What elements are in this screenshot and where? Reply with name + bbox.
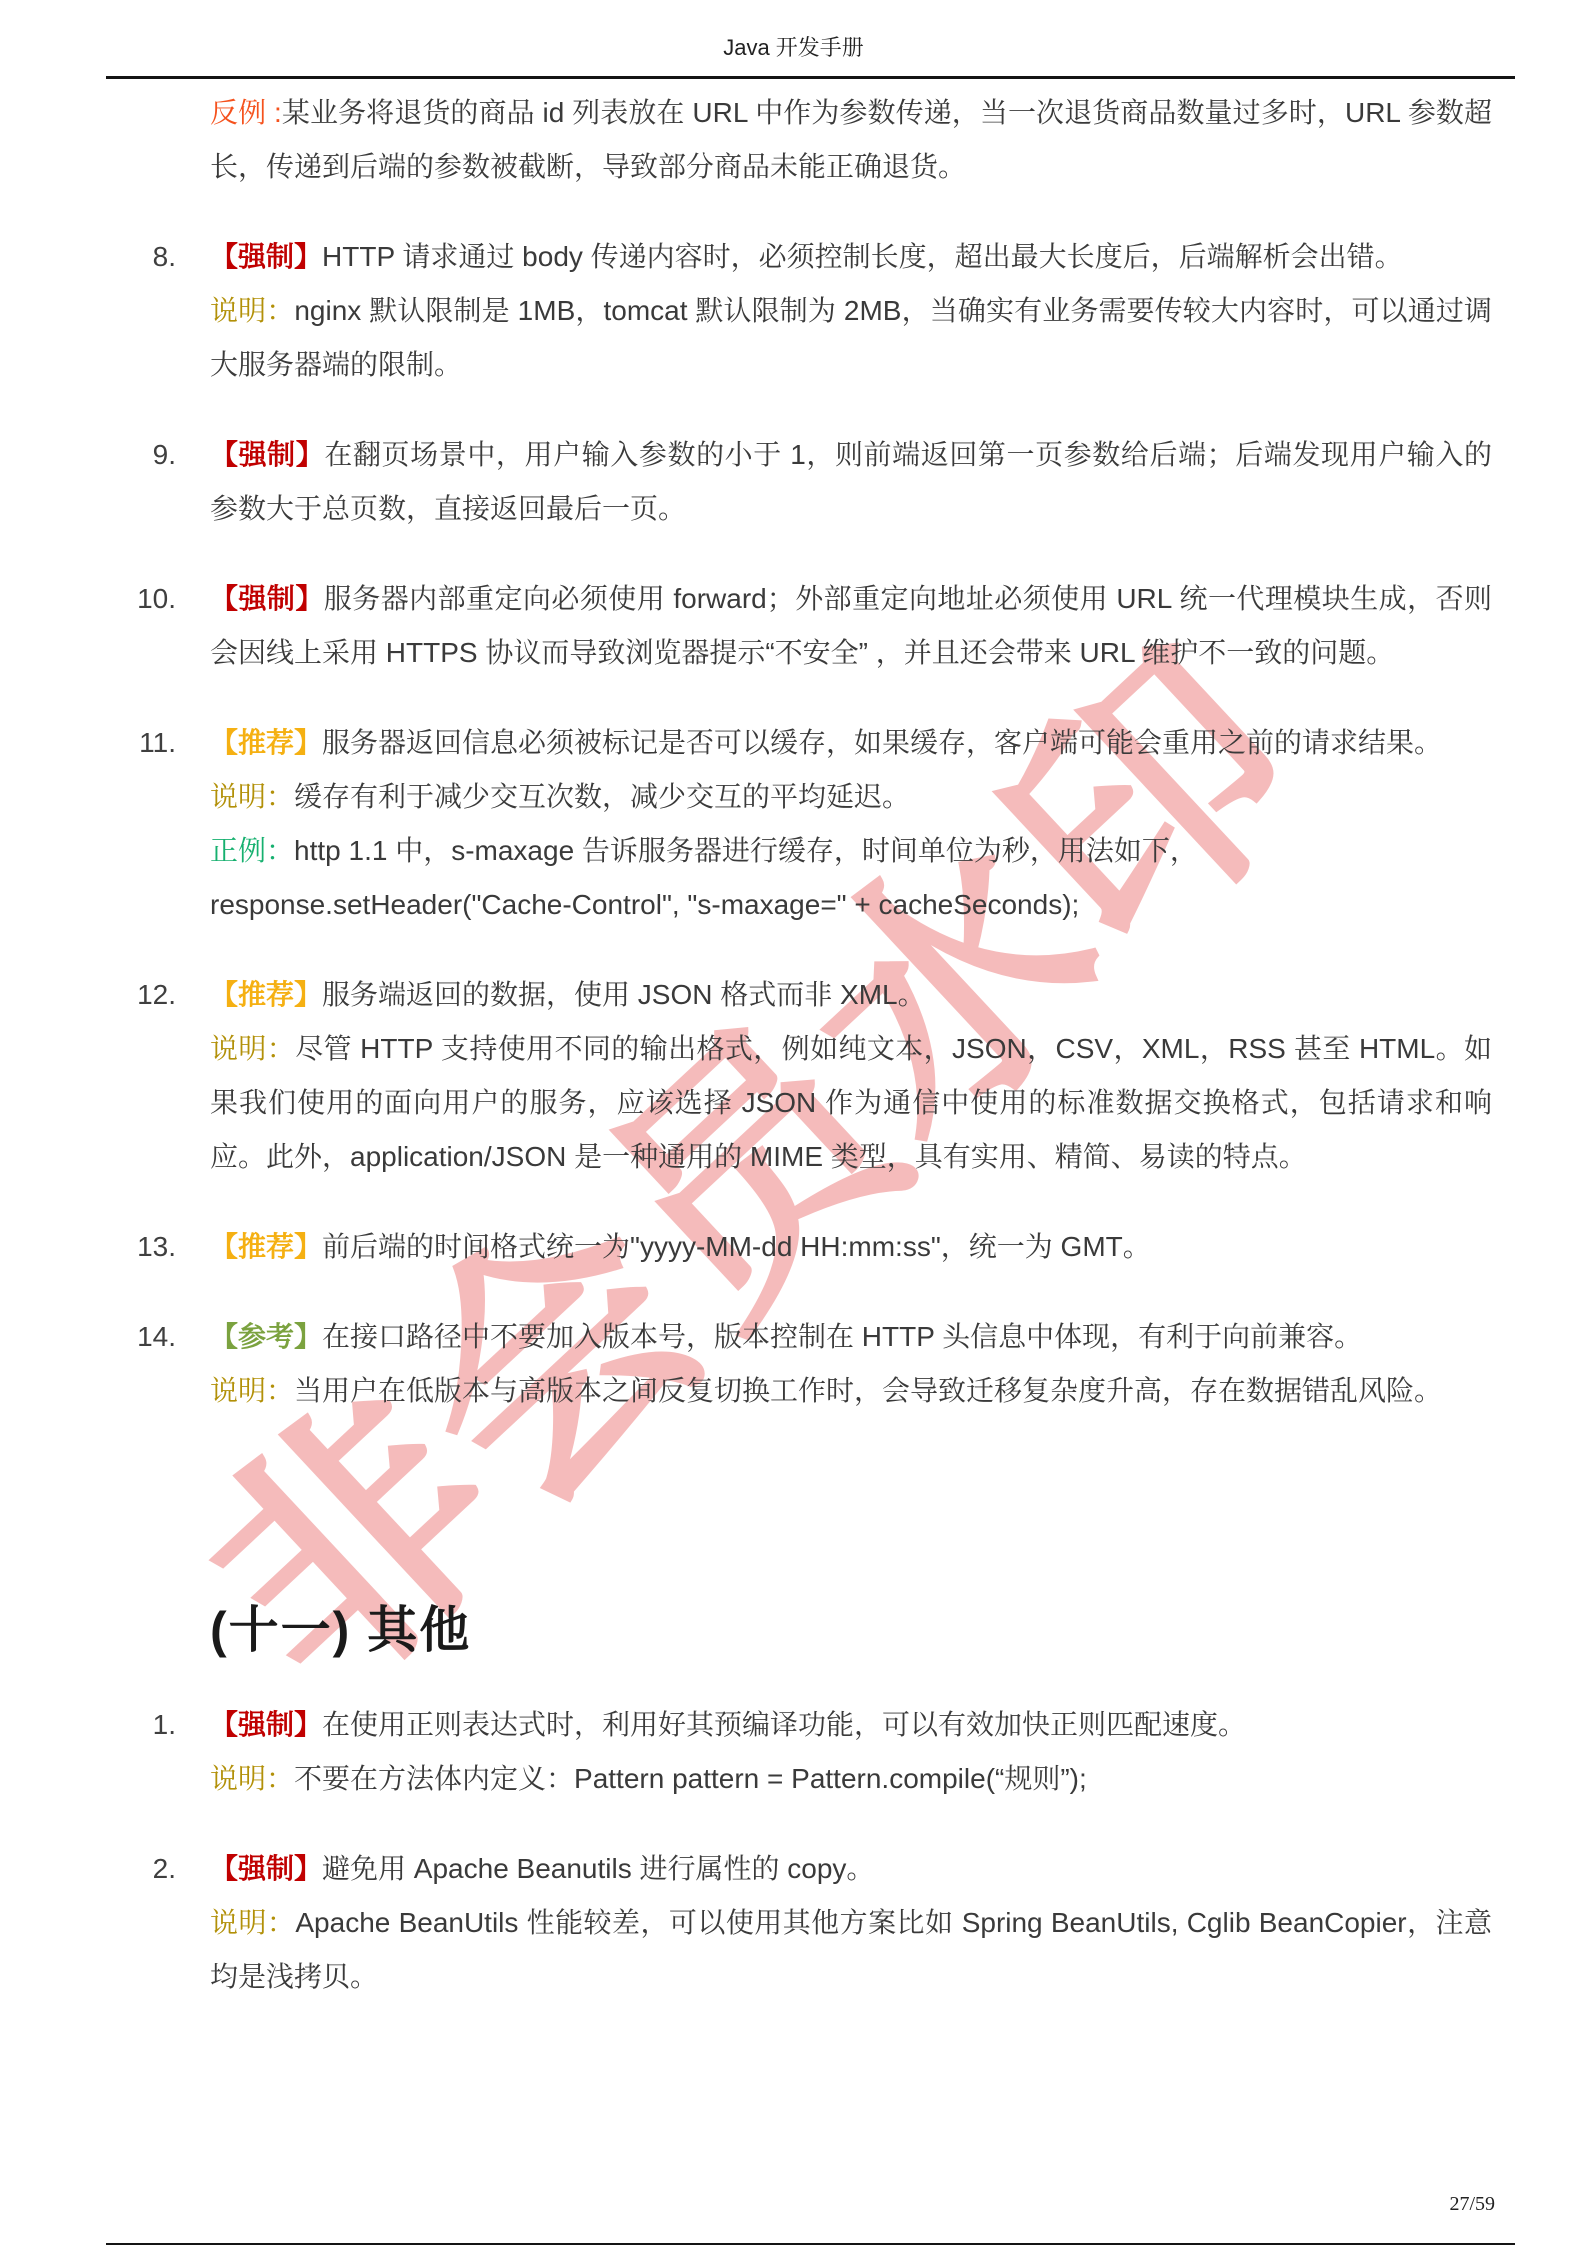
- counter-example-label: 反例 :: [210, 97, 282, 128]
- paragraph: 说明：Apache BeanUtils 性能较差，可以使用其他方案比如 Spri…: [210, 1896, 1492, 2004]
- paragraph: 说明：当用户在低版本与高版本之间反复切换工作时，会导致迁移复杂度升高，存在数据错…: [210, 1364, 1492, 1418]
- document-page: 非会员水印 Java 开发手册 反例 :某业务将退货的商品 id 列表放在 UR…: [0, 0, 1587, 2245]
- text-run: nginx 默认限制是 1MB，tomcat 默认限制为 2MB，当确实有业务需…: [210, 295, 1492, 380]
- page-number: 27/59: [1449, 2193, 1495, 2216]
- list-item: 9.【强制】在翻页场景中，用户输入参数的小于 1，则前端返回第一页参数给后端；后…: [210, 428, 1492, 536]
- text-run: 服务端返回的数据，使用 JSON 格式而非 XML。: [322, 979, 926, 1010]
- content-blocks: 反例 :某业务将退货的商品 id 列表放在 URL 中作为参数传递，当一次退货商…: [210, 86, 1492, 2004]
- severity-marker-mandatory: 【强制】: [210, 583, 324, 614]
- list-item: 12.【推荐】服务端返回的数据，使用 JSON 格式而非 XML。: [210, 968, 1492, 1022]
- item-number: 13.: [126, 1220, 176, 1274]
- severity-marker-mandatory: 【强制】: [210, 439, 324, 470]
- paragraph: 反例 :某业务将退货的商品 id 列表放在 URL 中作为参数传递，当一次退货商…: [210, 86, 1492, 194]
- item-number: 12.: [126, 968, 176, 1022]
- item-number: 11.: [126, 716, 176, 770]
- text-run: 在使用正则表达式时，利用好其预编译功能，可以有效加快正则匹配速度。: [322, 1709, 1246, 1740]
- list-item: 10.【强制】服务器内部重定向必须使用 forward；外部重定向地址必须使用 …: [210, 572, 1492, 680]
- text-run: 某业务将退货的商品 id 列表放在 URL 中作为参数传递，当一次退货商品数量过…: [210, 97, 1492, 182]
- text-run: 缓存有利于减少交互次数，减少交互的平均延迟。: [294, 781, 910, 812]
- note-label: 说明：: [210, 1907, 295, 1938]
- note-label: 说明：: [210, 1375, 294, 1406]
- paragraph: 说明：nginx 默认限制是 1MB，tomcat 默认限制为 2MB，当确实有…: [210, 284, 1492, 392]
- item-number: 1.: [126, 1698, 176, 1752]
- list-item: 14.【参考】在接口路径中不要加入版本号，版本控制在 HTTP 头信息中体现，有…: [210, 1310, 1492, 1364]
- list-item: 8.【强制】HTTP 请求通过 body 传递内容时，必须控制长度，超出最大长度…: [210, 230, 1492, 284]
- severity-marker-recommended: 【推荐】: [210, 1231, 322, 1262]
- paragraph: 说明：尽管 HTTP 支持使用不同的输出格式，例如纯文本，JSON，CSV，XM…: [210, 1022, 1492, 1184]
- text-run: http 1.1 中，s-maxage 告诉服务器进行缓存，时间单位为秒，用法如…: [294, 835, 1198, 866]
- severity-marker-mandatory: 【强制】: [210, 1709, 322, 1740]
- text-run: 前后端的时间格式统一为"yyyy-MM-dd HH:mm:ss"，统一为 GMT…: [322, 1231, 1151, 1262]
- list-item: 2.【强制】避免用 Apache Beanutils 进行属性的 copy。: [210, 1842, 1492, 1896]
- text-run: 在翻页场景中，用户输入参数的小于 1，则前端返回第一页参数给后端；后端发现用户输…: [210, 439, 1492, 524]
- text-run: 避免用 Apache Beanutils 进行属性的 copy。: [322, 1853, 874, 1884]
- list-item: 1.【强制】在使用正则表达式时，利用好其预编译功能，可以有效加快正则匹配速度。: [210, 1698, 1492, 1752]
- note-label: 说明：: [210, 1033, 295, 1064]
- note-label: 说明：: [210, 781, 294, 812]
- item-number: 14.: [126, 1310, 176, 1364]
- document-header-title: Java 开发手册: [0, 0, 1587, 62]
- code-text: response.setHeader("Cache-Control", "s-m…: [210, 889, 1079, 920]
- text-run: 不要在方法体内定义：Pattern pattern = Pattern.comp…: [294, 1763, 1087, 1794]
- item-number: 2.: [126, 1842, 176, 1896]
- section-heading: (十一) 其他: [210, 1598, 1492, 1662]
- severity-marker-mandatory: 【强制】: [210, 1853, 322, 1884]
- note-label: 说明：: [210, 295, 294, 326]
- paragraph: 正例：http 1.1 中，s-maxage 告诉服务器进行缓存，时间单位为秒，…: [210, 824, 1492, 878]
- text-run: Apache BeanUtils 性能较差，可以使用其他方案比如 Spring …: [210, 1907, 1492, 1992]
- list-item: 11.【推荐】服务器返回信息必须被标记是否可以缓存，如果缓存，客户端可能会重用之…: [210, 716, 1492, 770]
- list-item: 13.【推荐】前后端的时间格式统一为"yyyy-MM-dd HH:mm:ss"，…: [210, 1220, 1492, 1274]
- severity-marker-recommended: 【推荐】: [210, 979, 322, 1010]
- note-label: 说明：: [210, 1763, 294, 1794]
- item-number: 10.: [126, 572, 176, 626]
- paragraph: 说明：缓存有利于减少交互次数，减少交互的平均延迟。: [210, 770, 1492, 824]
- text-run: HTTP 请求通过 body 传递内容时，必须控制长度，超出最大长度后，后端解析…: [322, 241, 1403, 272]
- text-run: 在接口路径中不要加入版本号，版本控制在 HTTP 头信息中体现，有利于向前兼容。: [322, 1321, 1362, 1352]
- item-number: 9.: [126, 428, 176, 482]
- paragraph: 说明：不要在方法体内定义：Pattern pattern = Pattern.c…: [210, 1752, 1492, 1806]
- text-run: 服务器返回信息必须被标记是否可以缓存，如果缓存，客户端可能会重用之前的请求结果。: [322, 727, 1442, 758]
- paragraph: response.setHeader("Cache-Control", "s-m…: [210, 878, 1492, 932]
- positive-example-label: 正例：: [210, 835, 294, 866]
- severity-marker-mandatory: 【强制】: [210, 241, 322, 272]
- item-number: 8.: [126, 230, 176, 284]
- text-run: 当用户在低版本与高版本之间反复切换工作时，会导致迁移复杂度升高，存在数据错乱风险…: [294, 1375, 1442, 1406]
- severity-marker-recommended: 【推荐】: [210, 727, 322, 758]
- header-rule: [106, 76, 1515, 79]
- text-run: 尽管 HTTP 支持使用不同的输出格式，例如纯文本，JSON，CSV，XML，R…: [210, 1033, 1492, 1172]
- severity-marker-reference: 【参考】: [210, 1321, 322, 1352]
- text-run: 服务器内部重定向必须使用 forward；外部重定向地址必须使用 URL 统一代…: [210, 583, 1492, 668]
